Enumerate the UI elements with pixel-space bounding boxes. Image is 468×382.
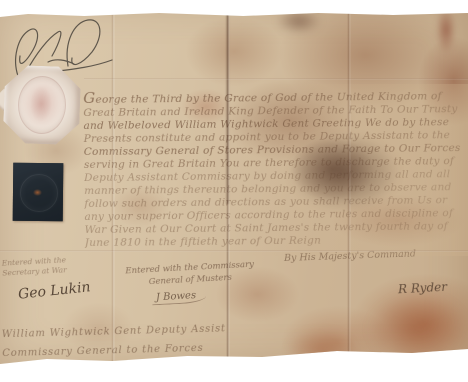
signature-war-office: Geo Lukin <box>17 279 91 303</box>
rust-stain-bottom-right <box>368 293 468 365</box>
duty-stamp-icon <box>13 163 64 222</box>
red-streak-top-right <box>436 6 456 54</box>
docket-note: William Wightwick Gent Deputy Assist Com… <box>2 319 243 363</box>
commission-text-block: George the Third by the Grace of God of … <box>83 88 467 254</box>
photo-background: { "document": { "kind": "Manuscript mili… <box>0 0 468 382</box>
war-office-entry-note: Entered with the Secretary at War <box>2 253 103 278</box>
handwritten-line: June 1810 in the fiftieth year of Our Re… <box>85 233 467 250</box>
signature-muster-office: J Bowes <box>152 290 207 306</box>
stain-top-edge <box>276 8 322 34</box>
rust-stain-bottom <box>286 328 356 370</box>
vellum-sheet: George the Third by the Grace of God of … <box>0 0 468 368</box>
muster-office-entry-note: Entered with the Commissary General of M… <box>119 258 260 289</box>
signature-r-ryder: R Ryder <box>398 280 448 297</box>
scanned-document-photo: George the Third by the Grace of God of … <box>0 0 468 382</box>
fold-crease-horizontal-upper <box>84 78 468 80</box>
stamp-center-mark <box>33 189 42 196</box>
